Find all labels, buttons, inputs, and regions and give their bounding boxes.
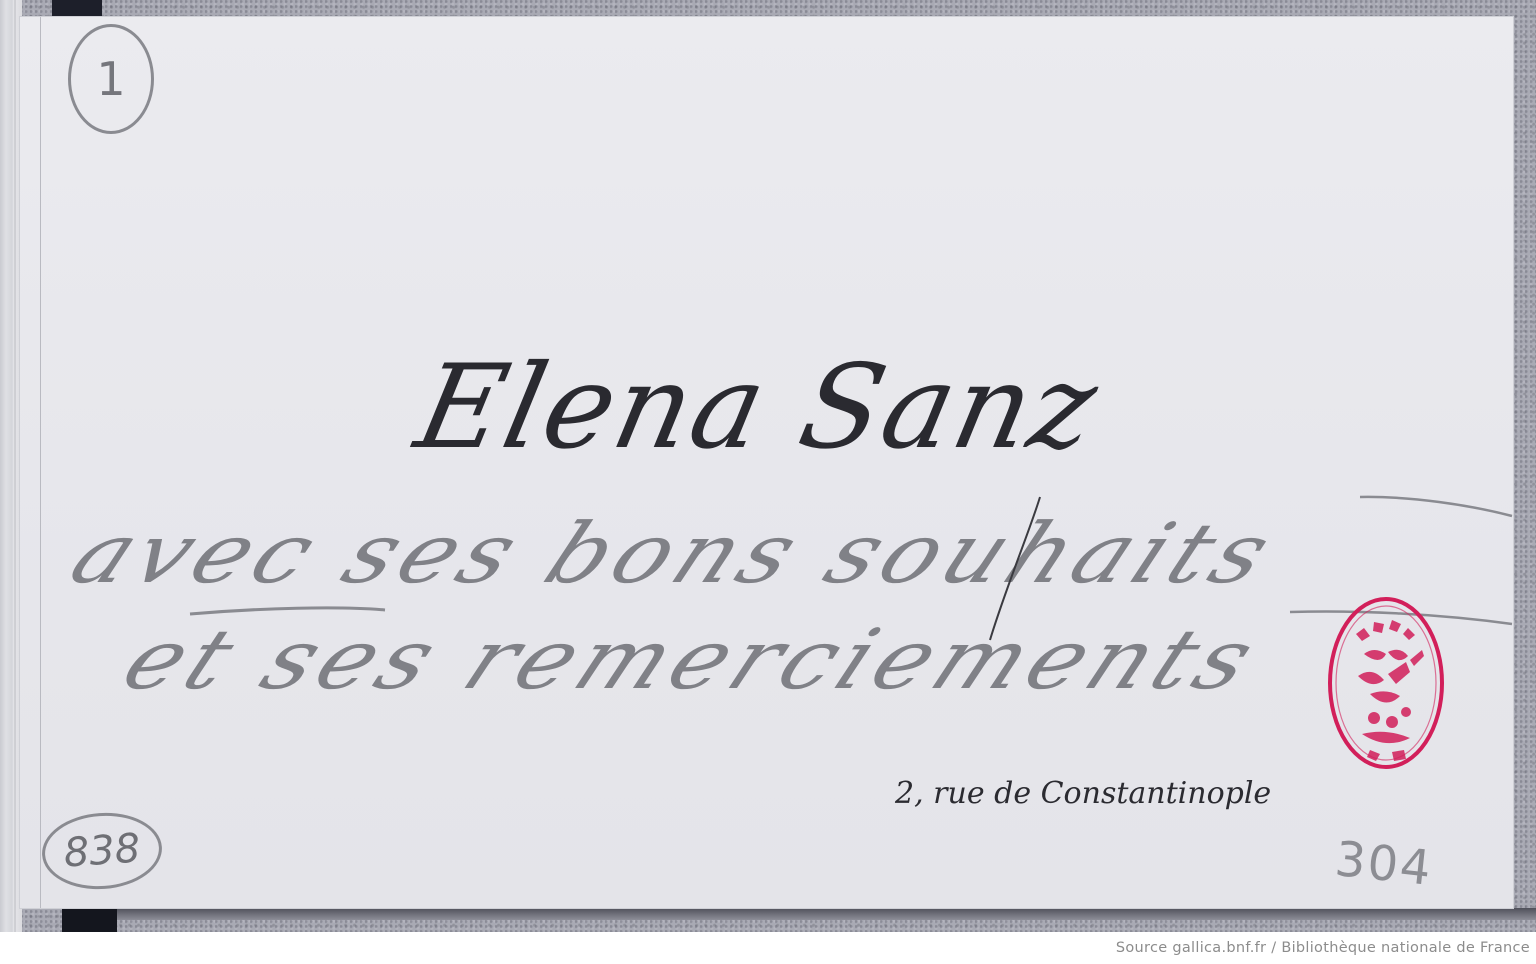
- engraved-address: 2, rue de Constantinople: [895, 776, 1255, 811]
- handwritten-note-line-1: avec ses bons souhaits: [57, 505, 1292, 601]
- backing-board-top: [52, 0, 102, 18]
- shelf-number-annotation: 304: [1332, 831, 1435, 897]
- footer-bar: Source gallica.bnf.fr / Bibliothèque nat…: [0, 932, 1536, 964]
- page-stack-edge: [0, 0, 22, 932]
- backing-board-bottom: [62, 908, 117, 932]
- engraved-name: Elena Sanz: [406, 340, 1155, 475]
- handwritten-note-line-2: et ses remerciements: [109, 611, 1275, 707]
- sequence-number-annotation: 1: [68, 24, 154, 134]
- document-viewer: 1 838 304 Elena Sanz 2, rue de Constanti…: [0, 0, 1536, 964]
- item-number: 838: [62, 825, 141, 876]
- sequence-number: 1: [96, 52, 125, 106]
- library-stamp: [1326, 594, 1446, 772]
- card-edge-line: [40, 17, 41, 908]
- library-stamp-icon: [1326, 594, 1446, 772]
- card-shadow: [112, 908, 1536, 920]
- source-credit: Source gallica.bnf.fr / Bibliothèque nat…: [1116, 940, 1530, 956]
